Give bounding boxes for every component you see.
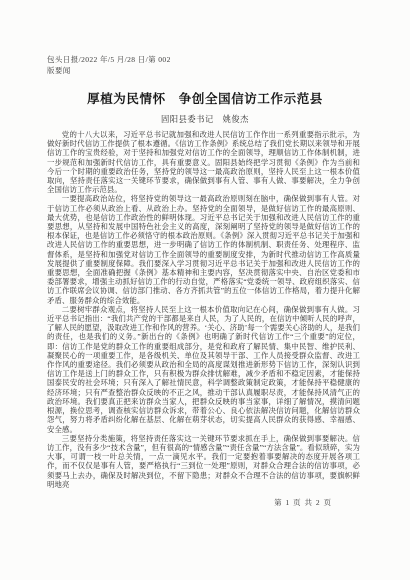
masthead-section: 版要闻 [47, 66, 171, 77]
paragraph-point-two: 二要树牢群众观点，将坚持人民至上这一根本价值取向记在心间，确保做到事有人做。习近… [47, 305, 360, 434]
paragraph-point-three: 三要坚持分类施策，将坚持责任落实这一关键环节要求抓在手上，确保做到事要解决。信访… [47, 434, 360, 489]
paragraph-intro: 党的十八大以来，习近平总书记就加强和改进人民信访工作作出一系列重要指示批示，为做… [47, 130, 360, 194]
article-byline: 固阳县委书记 姚俊杰 [0, 113, 410, 125]
newspaper-article-page: 包头日报/2022 年/5 月/28 日/第 002 版要闻 厚植为民情怀 争创… [0, 0, 410, 580]
paragraph-point-one: 一要提高政治站位，将坚持党的领导这一最高政治原则刻在脑中，确保做到事有人管。对于… [47, 194, 360, 304]
page-number: 第 1 页 共 2 页 [47, 497, 346, 508]
article-body: 党的十八大以来，习近平总书记就加强和改进人民信访工作作出一系列重要指示批示，为做… [47, 130, 360, 489]
masthead: 包头日报/2022 年/5 月/28 日/第 002 版要闻 [47, 55, 171, 76]
article-title: 厚植为民情怀 争创全国信访工作示范县 [0, 89, 410, 107]
masthead-source-date: 包头日报/2022 年/5 月/28 日/第 002 [47, 55, 171, 66]
